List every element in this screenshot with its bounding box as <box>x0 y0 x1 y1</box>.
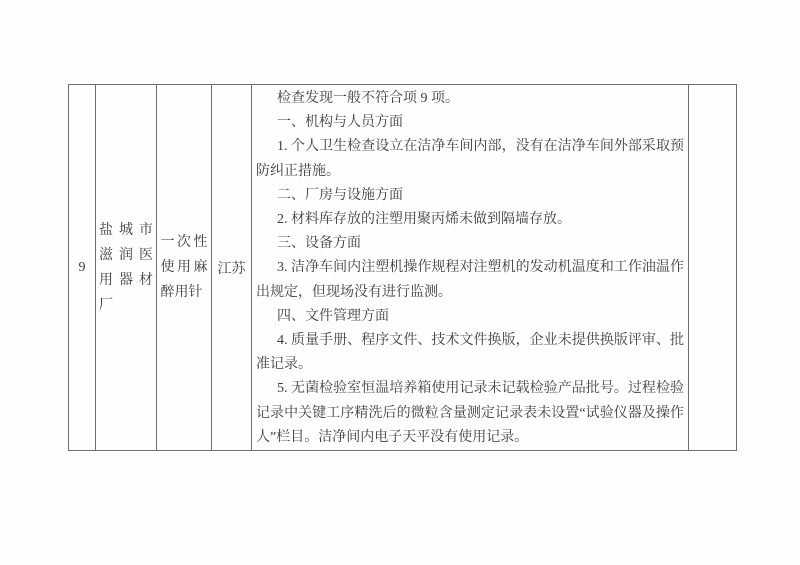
finding-summary: 检查发现一般不符合项 9 项。 <box>256 87 684 111</box>
scanned-document-page: 9 盐城市滋润医用器材厂 一次性使用麻醉用针 江苏 检查发现一般不符合项 9 项… <box>0 0 800 565</box>
finding-section-1: 一、机构与人员方面 <box>256 111 684 135</box>
finding-item-4: 4. 质量手册、程序文件、技术文件换版，企业未提供换版评审、批准记录。 <box>256 329 684 377</box>
cell-row-number: 9 <box>69 85 96 450</box>
province-name: 江苏 <box>218 258 246 278</box>
finding-item-1: 1. 个人卫生检查设立在洁净车间内部，没有在洁净车间外部采取预防纠正措施。 <box>256 135 684 183</box>
findings-list: 检查发现一般不符合项 9 项。 一、机构与人员方面 1. 个人卫生检查设立在洁净… <box>252 85 688 450</box>
product-name: 一次性使用麻醉用针 <box>161 230 208 305</box>
row-number: 9 <box>79 260 86 276</box>
cell-product-name: 一次性使用麻醉用针 <box>157 85 212 450</box>
finding-section-3: 三、设备方面 <box>256 232 684 256</box>
cell-remark <box>689 85 736 450</box>
cell-findings: 检查发现一般不符合项 9 项。 一、机构与人员方面 1. 个人卫生检查设立在洁净… <box>252 85 689 450</box>
finding-item-5: 5. 无菌检验室恒温培养箱使用记录未记载检验产品批号。过程检验记录中关键工序精洗… <box>256 377 684 450</box>
cell-province: 江苏 <box>212 85 252 450</box>
cell-company-name: 盐城市滋润医用器材厂 <box>96 85 157 450</box>
finding-section-4: 四、文件管理方面 <box>256 305 684 329</box>
finding-section-2: 二、厂房与设施方面 <box>256 184 684 208</box>
finding-item-2: 2. 材料库存放的注塑用聚丙烯未做到隔墙存放。 <box>256 208 684 232</box>
finding-item-3: 3. 洁净车间内注塑机操作规程对注塑机的发动机温度和工作油温作出规定，但现场没有… <box>256 256 684 304</box>
company-name: 盐城市滋润医用器材厂 <box>99 218 153 318</box>
inspection-findings-table: 9 盐城市滋润医用器材厂 一次性使用麻醉用针 江苏 检查发现一般不符合项 9 项… <box>68 84 737 451</box>
